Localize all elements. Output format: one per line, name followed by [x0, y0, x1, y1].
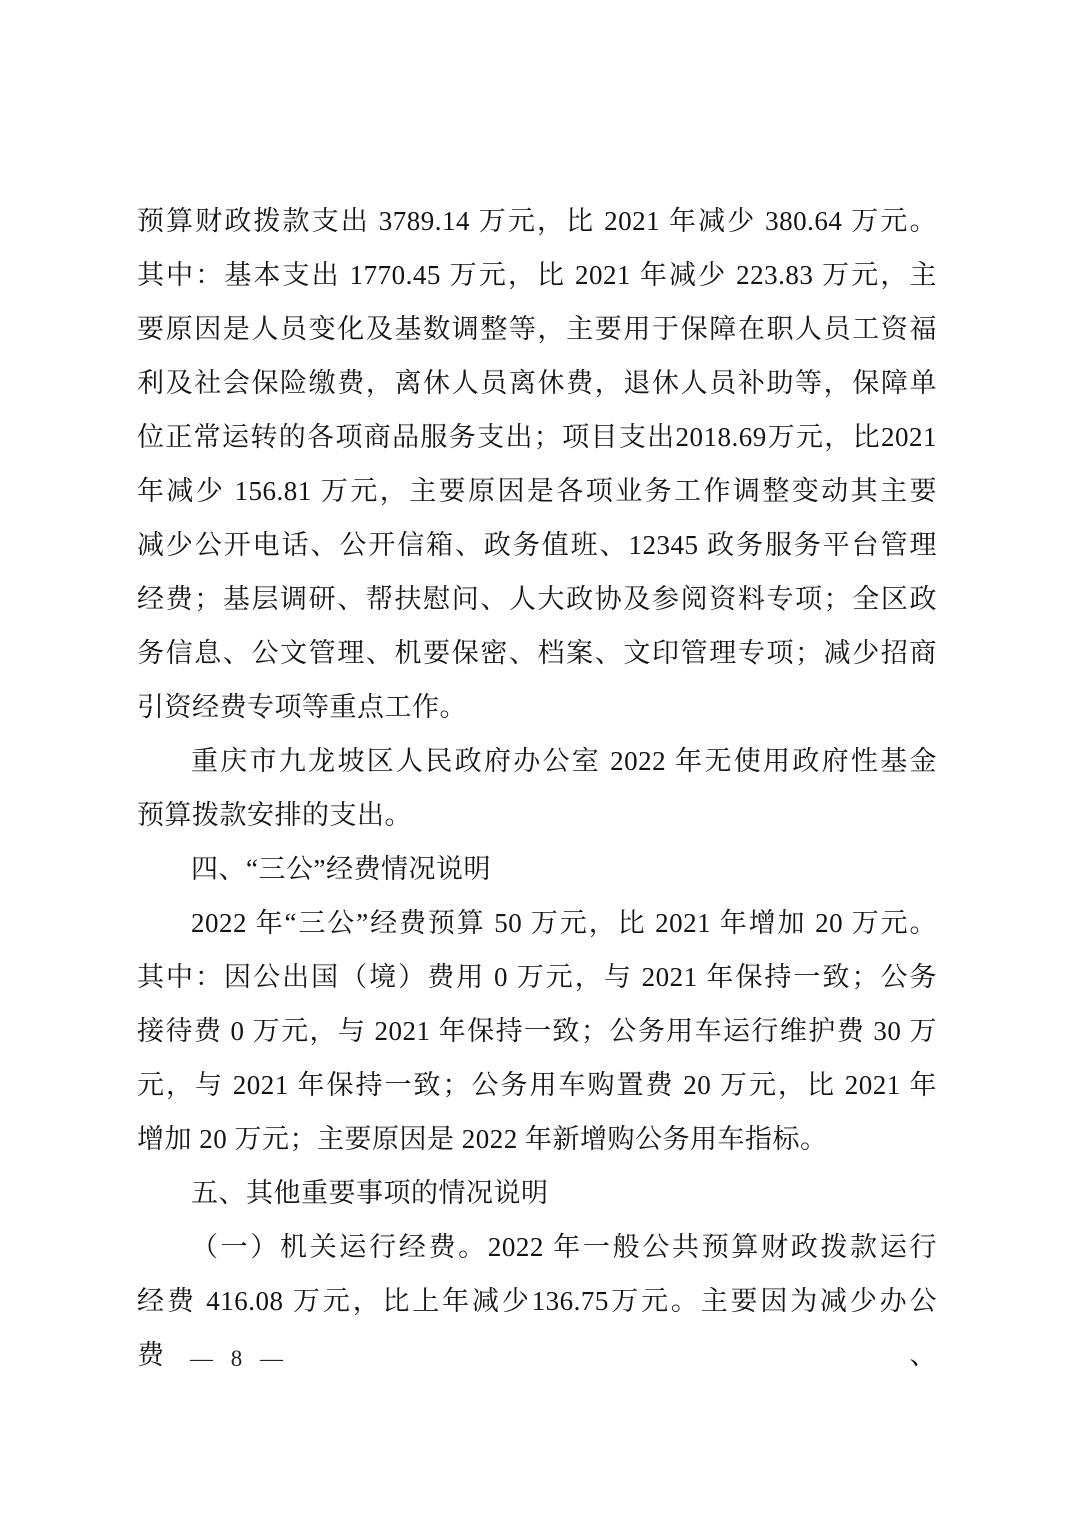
document-page: 预算财政拨款支出 3789.14 万元，比 2021 年减少 380.64 万元…: [0, 0, 1074, 1518]
section-4-heading: 四、“三公”经费情况说明: [137, 842, 937, 896]
text-line: 要原因是人员变化及基数调整等，主要用于保障在职人员工资福: [137, 302, 937, 356]
text-line: 务信息、公文管理、机要保密、档案、文印管理专项；减少招商: [137, 626, 937, 680]
body-text: 预算财政拨款支出 3789.14 万元，比 2021 年减少 380.64 万元…: [137, 194, 937, 1382]
text-line: 元，与 2021 年保持一致；公务用车购置费 20 万元，比 2021 年: [137, 1058, 937, 1112]
text-line: 接待费 0 万元，与 2021 年保持一致；公务用车运行维护费 30 万: [137, 1004, 937, 1058]
text-line: 其中：因公出国（境）费用 0 万元，与 2021 年保持一致；公务: [137, 950, 937, 1004]
text-line: 减少公开电话、公开信箱、政务值班、12345 政务服务平台管理: [137, 518, 937, 572]
text-line: 经费；基层调研、帮扶慰问、人大政协及参阅资料专项；全区政: [137, 572, 937, 626]
text-line: 预算财政拨款支出 3789.14 万元，比 2021 年减少 380.64 万元…: [137, 194, 937, 248]
text-line: 利及社会保险缴费，离休人员离休费，退休人员补助等，保障单: [137, 356, 937, 410]
page-number: — 8 —: [190, 1345, 284, 1372]
text-line: 位正常运转的各项商品服务支出；项目支出2018.69万元，比2021: [137, 410, 937, 464]
text-line: 2022 年“三公”经费预算 50 万元，比 2021 年增加 20 万元。: [137, 896, 937, 950]
text-line: 年减少 156.81 万元，主要原因是各项业务工作调整变动其主要: [137, 464, 937, 518]
paragraph-end-line: 引资经费专项等重点工作。: [137, 680, 937, 734]
text-line: 重庆市九龙坡区人民政府办公室 2022 年无使用政府性基金: [137, 734, 937, 788]
text-line: （一）机关运行经费。2022 年一般公共预算财政拨款运行: [137, 1220, 937, 1274]
section-5-heading: 五、其他重要事项的情况说明: [137, 1166, 937, 1220]
paragraph-end-line: 增加 20 万元；主要原因是 2022 年新增购公务用车指标。: [137, 1112, 937, 1166]
text-line: 其中：基本支出 1770.45 万元，比 2021 年减少 223.83 万元，…: [137, 248, 937, 302]
paragraph-end-line: 预算拨款安排的支出。: [137, 788, 937, 842]
